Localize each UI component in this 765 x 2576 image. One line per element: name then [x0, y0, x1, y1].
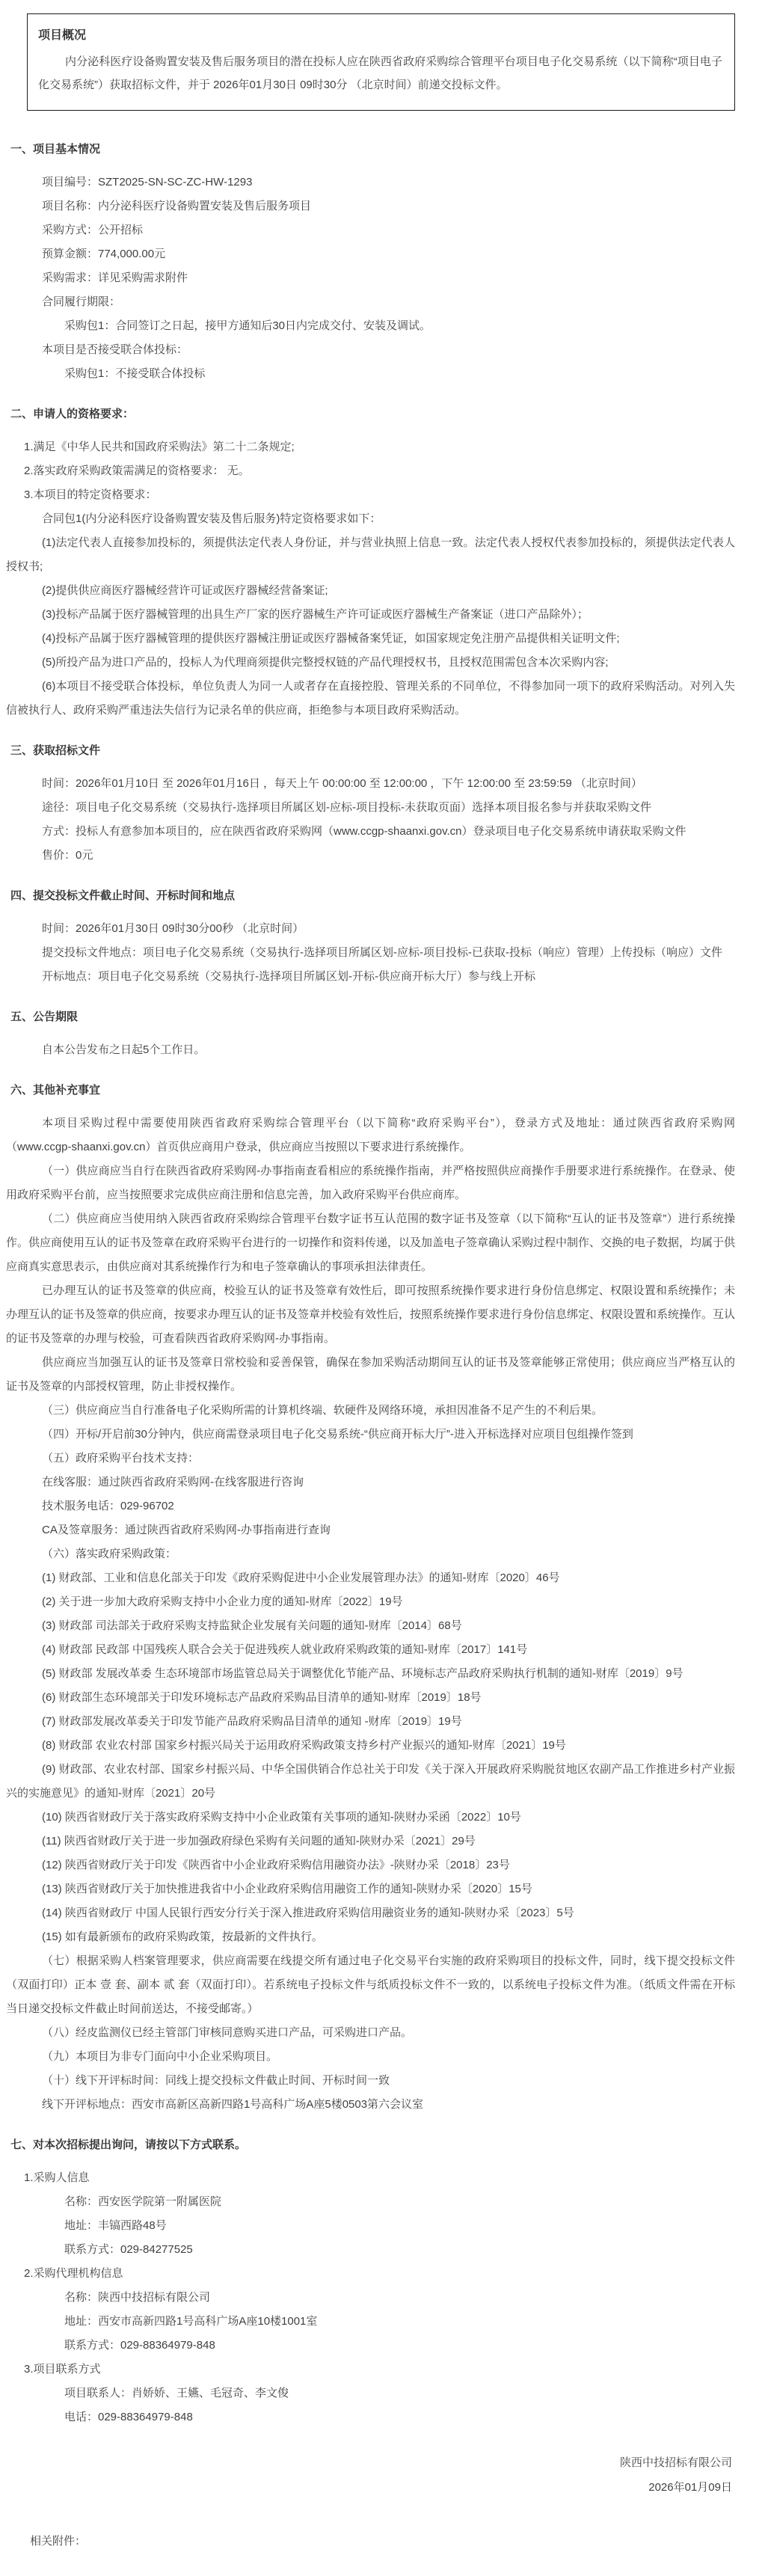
paragraph: 合同履行期限： [6, 290, 735, 314]
paragraph: （九）本项目为非专门面向中小企业采购项目。 [6, 2045, 735, 2069]
paragraph: 采购方式：公开招标 [6, 218, 735, 242]
announcement-page: 项目概况 内分泌科医疗设备购置安装及售后服务项目的潜在投标人应在陕西省政府采购综… [0, 0, 765, 2576]
paragraph: （六）落实政府采购政策： [6, 1542, 735, 1566]
paragraph: (5) 财政部 发展改革委 生态环境部市场监管总局关于调整优化节能产品、环境标志… [6, 1662, 735, 1686]
project-overview-box: 项目概况 内分泌科医疗设备购置安装及售后服务项目的潜在投标人应在陕西省政府采购综… [27, 13, 735, 111]
paragraph: (9) 财政部、农业农村部、国家乡村振兴局、中华全国供销合作总社关于印发《关于深… [6, 1758, 735, 1806]
paragraph: (4)投标产品属于医疗器械管理的提供医疗器械注册证或医疗器械备案凭证，如国家规定… [6, 627, 735, 651]
section-1: 一、项目基本情况项目编号：SZT2025-SN-SC-ZC-HW-1293项目名… [6, 138, 735, 386]
paragraph: （四）开标/开启前30分钟内，供应商需登录项目电子化交易系统-“供应商开标大厅”… [6, 1423, 735, 1447]
section-5: 五、公告期限自本公告发布之日起5个工作日。 [6, 1005, 735, 1062]
section-heading: 三、获取招标文件 [10, 739, 735, 763]
paragraph: （七）根据采购人档案管理要求，供应商需要在线提交所有通过电子化交易平台实施的政府… [6, 1949, 735, 2021]
paragraph: (2)提供供应商医疗器械经营许可证或医疗器械经营备案证; [6, 579, 735, 603]
paragraph: (4) 财政部 民政部 中国残疾人联合会关于促进残疾人就业政府采购政策的通知-财… [6, 1638, 735, 1662]
paragraph: 地址：西安市高新四路1号高科广场A座10楼1001室 [6, 2310, 735, 2334]
paragraph: (8) 财政部 农业农村部 国家乡村振兴局关于运用政府采购政策支持乡村产业振兴的… [6, 1734, 735, 1758]
paragraph: （十）线下开评标时间：同线上提交投标文件截止时间、开标时间一致 [6, 2069, 735, 2093]
paragraph: 项目名称：内分泌科医疗设备购置安装及售后服务项目 [6, 194, 735, 218]
paragraph: 3.项目联系方式 [6, 2358, 735, 2382]
paragraph: 方式：投标人有意参加本项目的，应在陕西省政府采购网（www.ccgp-shaan… [6, 820, 735, 844]
section-heading: 五、公告期限 [10, 1005, 735, 1029]
paragraph: 名称：陕西中技招标有限公司 [6, 2286, 735, 2310]
section-3: 三、获取招标文件时间：2026年01月10日 至 2026年01月16日 ，每天… [6, 739, 735, 868]
paragraph: （三）供应商应当自行准备电子化采购所需的计算机终端、软硬件及网络环境，承担因准备… [6, 1399, 735, 1423]
section-2: 二、申请人的资格要求：1.满足《中华人民共和国政府采购法》第二十二条规定;2.落… [6, 402, 735, 723]
paragraph: 自本公告发布之日起5个工作日。 [6, 1038, 735, 1062]
paragraph: (12) 陕西省财政厅关于印发《陕西省中小企业政府采购信用融资办法》-陕财办采〔… [6, 1853, 735, 1877]
paragraph: 供应商应当加强互认的证书及签章日常校验和妥善保管，确保在参加采购活动期间互认的证… [6, 1351, 735, 1399]
related-attachments-label: 相关附件： [30, 2530, 765, 2554]
section-heading: 六、其他补充事宜 [10, 1079, 735, 1103]
overview-title: 项目概况 [38, 25, 722, 47]
paragraph: (1)法定代表人直接参加投标的，须提供法定代表人身份证，并与营业执照上信息一致。… [6, 531, 735, 579]
paragraph: 项目编号：SZT2025-SN-SC-ZC-HW-1293 [6, 171, 735, 194]
paragraph: (10) 陕西省财政厅关于落实政府采购支持中小企业政策有关事项的通知-陕财办采函… [6, 1806, 735, 1830]
publish-date: 2026年01月09日 [0, 2475, 732, 2500]
sections-container: 一、项目基本情况项目编号：SZT2025-SN-SC-ZC-HW-1293项目名… [0, 138, 765, 2429]
section-7: 七、对本次招标提出询问，请按以下方式联系。1.采购人信息名称：西安医学院第一附属… [6, 2133, 735, 2429]
section-heading: 四、提交投标文件截止时间、开标时间和地点 [10, 884, 735, 908]
paragraph: (11) 陕西省财政厅关于进一步加强政府绿色采购有关问题的通知-陕财办采〔202… [6, 1830, 735, 1853]
paragraph: (13) 陕西省财政厅关于加快推进我省中小企业政府采购信用融资工作的通知-陕财办… [6, 1877, 735, 1901]
paragraph: 2.落实政府采购政策需满足的资格要求： 无。 [6, 459, 735, 483]
section-heading: 二、申请人的资格要求： [10, 402, 735, 426]
paragraph: 时间：2026年01月10日 至 2026年01月16日 ，每天上午 00:00… [6, 772, 735, 796]
paragraph: 途径：项目电子化交易系统（交易执行-选择项目所属区划-应标-项目投标-未获取页面… [6, 796, 735, 820]
paragraph: (14) 陕西省财政厅 中国人民银行西安分行关于深入推进政府采购信用融资业务的通… [6, 1901, 735, 1925]
paragraph: 地址：丰镐西路48号 [6, 2214, 735, 2238]
paragraph: 提交投标文件地点：项目电子化交易系统（交易执行-选择项目所属区划-应标-项目投标… [6, 941, 735, 965]
overview-body-text: 内分泌科医疗设备购置安装及售后服务项目的潜在投标人应在陕西省政府采购综合管理平台… [38, 50, 722, 96]
paragraph: 时间：2026年01月30日 09时30分00秒 （北京时间） [6, 917, 735, 941]
paragraph: 采购需求：详见采购需求附件 [6, 266, 735, 290]
paragraph: （五）政府采购平台技术支持： [6, 1447, 735, 1471]
paragraph: 本项目采购过程中需要使用陕西省政府采购综合管理平台（以下简称“政府采购平台”），… [6, 1111, 735, 1159]
paragraph: (3)投标产品属于医疗器械管理的出具生产厂家的医疗器械生产许可证或医疗器械生产备… [6, 603, 735, 627]
paragraph: 项目联系人：肖娇娇、王嬿、毛冠奇、李文俊 [6, 2382, 735, 2405]
paragraph: （二）供应商应当使用纳入陕西省政府采购综合管理平台数字证书互认范围的数字证书及签… [6, 1207, 735, 1279]
paragraph: 3.本项目的特定资格要求： [6, 483, 735, 507]
paragraph: 在线客服：通过陕西省政府采购网-在线客服进行咨询 [6, 1471, 735, 1494]
section-heading: 一、项目基本情况 [10, 138, 735, 162]
paragraph: 已办理互认的证书及签章的供应商，校验互认的证书及签章有效性后，即可按照系统操作要… [6, 1279, 735, 1351]
section-4: 四、提交投标文件截止时间、开标时间和地点时间：2026年01月30日 09时30… [6, 884, 735, 989]
paragraph: 名称：西安医学院第一附属医院 [6, 2190, 735, 2214]
section-6: 六、其他补充事宜本项目采购过程中需要使用陕西省政府采购综合管理平台（以下简称“政… [6, 1079, 735, 2117]
paragraph: 1.采购人信息 [6, 2166, 735, 2190]
paragraph: CA及签章服务：通过陕西省政府采购网-办事指南进行查询 [6, 1518, 735, 1542]
paragraph: 联系方式：029-88364979-848 [6, 2334, 735, 2358]
paragraph: 联系方式：029-84277525 [6, 2238, 735, 2262]
paragraph: 线下开评标地点：西安市高新区高新四路1号高科广场A座5楼0503第六会议室 [6, 2093, 735, 2117]
paragraph: (7) 财政部发展改革委关于印发节能产品政府采购品目清单的通知 -财库〔2019… [6, 1710, 735, 1734]
paragraph: 预算金额：774,000.00元 [6, 242, 735, 266]
paragraph: (2) 关于进一步加大政府采购支持中小企业力度的通知-财库〔2022〕19号 [6, 1590, 735, 1614]
paragraph: (1) 财政部、工业和信息化部关于印发《政府采购促进中小企业发展管理办法》的通知… [6, 1566, 735, 1590]
paragraph: (15) 如有最新颁布的政府采购政策，按最新的文件执行。 [6, 1925, 735, 1949]
agency-signature: 陕西中技招标有限公司 [0, 2450, 732, 2475]
paragraph: 合同包1(内分泌科医疗设备购置安装及售后服务)特定资格要求如下： [6, 507, 735, 531]
paragraph: (6) 财政部生态环境部关于印发环境标志产品政府采购品目清单的通知-财库〔201… [6, 1686, 735, 1710]
paragraph: （一）供应商应当自行在陕西省政府采购网-办事指南查看相应的系统操作指南，并严格按… [6, 1159, 735, 1207]
paragraph: 电话：029-88364979-848 [6, 2405, 735, 2429]
paragraph: 技术服务电话：029-96702 [6, 1494, 735, 1518]
paragraph: 采购包1：不接受联合体投标 [6, 362, 735, 386]
paragraph: (3) 财政部 司法部关于政府采购支持监狱企业发展有关问题的通知-财库〔2014… [6, 1614, 735, 1638]
section-heading: 七、对本次招标提出询问，请按以下方式联系。 [10, 2133, 735, 2157]
paragraph: 2.采购代理机构信息 [6, 2262, 735, 2286]
paragraph: (5)所投产品为进口产品的，投标人为代理商须提供完整授权链的产品代理授权书，且授… [6, 651, 735, 675]
paragraph: 售价：0元 [6, 844, 735, 868]
paragraph: 采购包1：合同签订之日起，接甲方通知后30日内完成交付、安装及调试。 [6, 314, 735, 338]
paragraph: (6)本项目不接受联合体投标，单位负责人为同一人或者存在直接控股、管理关系的不同… [6, 675, 735, 723]
paragraph: 本项目是否接受联合体投标： [6, 338, 735, 362]
paragraph: 1.满足《中华人民共和国政府采购法》第二十二条规定; [6, 435, 735, 459]
signature-block: 陕西中技招标有限公司 2026年01月09日 [0, 2450, 765, 2500]
paragraph: （八）经皮监测仪已经主管部门审核同意购买进口产品，可采购进口产品。 [6, 2021, 735, 2045]
paragraph: 开标地点：项目电子化交易系统（交易执行-选择项目所属区划-开标-供应商开标大厅）… [6, 965, 735, 989]
